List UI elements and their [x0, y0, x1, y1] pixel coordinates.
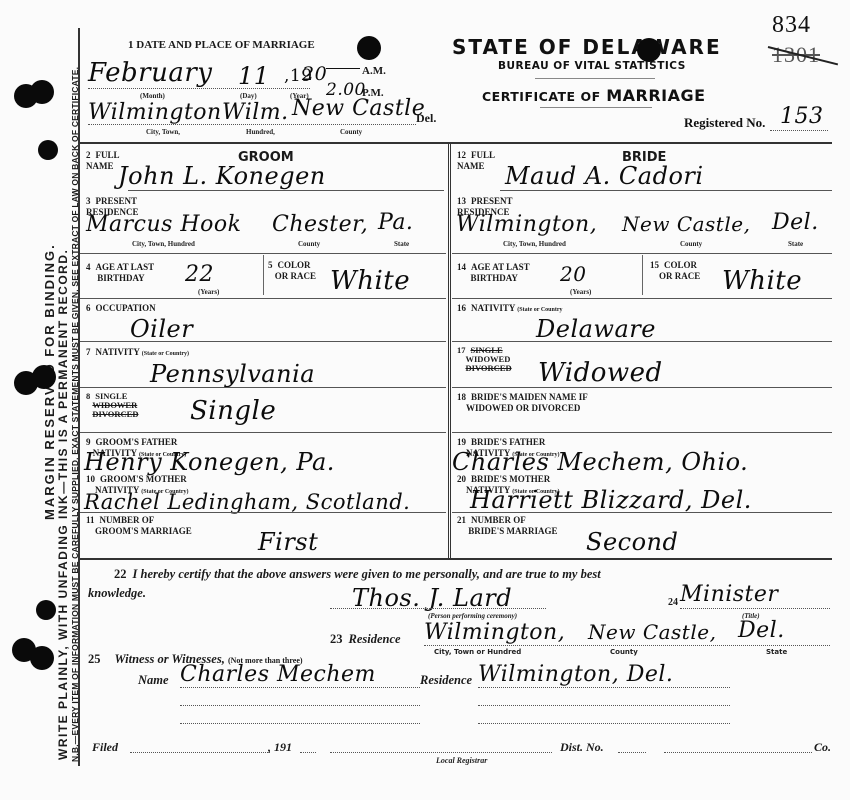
bride-city-caption: City, Town, Hundred — [503, 240, 566, 248]
bride-color[interactable]: White — [722, 266, 802, 296]
city-caption: City, Town, — [146, 128, 180, 136]
witness-residence[interactable]: Wilmington, Del. — [478, 662, 673, 687]
row-rule — [80, 512, 446, 513]
bride-color-label: 15COLOR OR RACE — [650, 260, 700, 282]
bride-full-name[interactable]: Maud A. Cadori — [505, 162, 704, 190]
groom-nativity-label: 7NATIVITY (State or Country) — [86, 347, 189, 360]
groom-residence-state[interactable]: Pa. — [378, 210, 413, 235]
registrar-dotline — [330, 752, 552, 753]
dist-label: Dist. No. — [560, 740, 604, 755]
row-rule — [80, 387, 446, 388]
filed-label: Filed — [92, 740, 118, 755]
groom-marriage-number[interactable]: First — [258, 528, 318, 556]
row-rule — [452, 298, 832, 299]
row-rule — [80, 253, 446, 254]
filed-year-dotline — [300, 752, 316, 753]
place-dotline — [88, 124, 416, 125]
filed-year-prefix: , 191 — [268, 740, 292, 755]
month-caption: (Month) — [140, 92, 165, 100]
witness-residence-dotline — [478, 687, 730, 688]
marriage-city[interactable]: Wilmington — [88, 100, 222, 125]
bride-residence-state[interactable]: Del. — [772, 210, 819, 235]
binding-hole — [30, 646, 54, 670]
groom-mother[interactable]: Rachel Ledingham, Scotland. — [84, 490, 410, 514]
date-dotline — [88, 88, 310, 89]
hundred-caption: Hundred, — [246, 128, 275, 136]
am-line — [326, 68, 360, 69]
bride-marriage-number-label: 21NUMBER OF BRIDE'S MARRIAGE — [457, 515, 558, 537]
registrar-caption: Local Registrar — [436, 756, 487, 765]
groom-nativity[interactable]: Pennsylvania — [150, 360, 315, 388]
bride-residence-city[interactable]: Wilmington, — [456, 212, 597, 237]
state-title: STATE OF DELAWARE — [452, 35, 722, 59]
county-caption: County — [340, 128, 362, 136]
witness-name[interactable]: Charles Mechem — [180, 662, 376, 687]
registered-number[interactable]: 153 — [780, 104, 824, 129]
residence-label: 23Residence — [330, 632, 401, 647]
bride-status[interactable]: Widowed — [538, 358, 663, 388]
bride-marriage-number[interactable]: Second — [586, 528, 678, 556]
groom-occupation[interactable]: Oiler — [130, 315, 193, 343]
row-rule — [452, 387, 832, 388]
officiant-residence-county[interactable]: New Castle, — [588, 620, 716, 644]
groom-color-label: 5COLOR OR RACE — [268, 260, 316, 282]
witness-name-label: Name — [138, 673, 169, 688]
bride-maiden-label: 18BRIDE'S MAIDEN NAME IF WIDOWED OR DIVO… — [457, 392, 588, 414]
officiant-title[interactable]: Minister — [680, 582, 778, 607]
witness-name-dotline — [180, 687, 420, 688]
groom-name-rule — [128, 190, 444, 191]
row-rule — [452, 512, 832, 513]
witness-blank-line — [478, 723, 730, 724]
header-rule — [540, 107, 652, 108]
marriage-day[interactable]: 11 — [238, 62, 270, 90]
bride-residence-county[interactable]: New Castle, — [622, 212, 750, 236]
officiant-caption: (Person performing ceremony) — [428, 612, 517, 620]
witness-residence-label: Residence — [420, 673, 472, 688]
binding-hole — [637, 38, 661, 62]
day-caption: (Day) — [240, 92, 257, 100]
groom-age[interactable]: 22 — [185, 262, 214, 287]
bride-age-label: 14AGE AT LAST BIRTHDAY — [457, 262, 530, 284]
bride-nativity[interactable]: Delaware — [536, 315, 656, 343]
groom-color[interactable]: White — [330, 266, 410, 296]
marriage-month[interactable]: February — [88, 58, 212, 88]
bride-age[interactable]: 20 — [560, 262, 586, 286]
groom-marriage-number-label: 11NUMBER OF GROOM'S MARRIAGE — [86, 515, 192, 537]
groom-father[interactable]: Henry Konegen, Pa. — [84, 448, 335, 476]
officiant-residence-state[interactable]: Del. — [738, 618, 785, 643]
header-bottom-rule — [80, 142, 832, 144]
am-label: A.M. — [362, 66, 386, 77]
groom-city-caption: City, Town, Hundred — [132, 240, 195, 248]
center-divider — [448, 143, 451, 558]
dist-dotline — [618, 752, 646, 753]
groom-county-caption: County — [298, 240, 320, 248]
residence-state-caption: State — [766, 648, 787, 656]
row-rule — [452, 341, 832, 342]
binding-hole — [36, 600, 56, 620]
groom-residence-city[interactable]: Marcus Hook — [86, 212, 241, 237]
residence-county-caption: County — [610, 648, 638, 656]
bureau-title: BUREAU OF VITAL STATISTICS — [498, 60, 686, 72]
co-label: Co. — [814, 740, 831, 755]
filed-dotline — [130, 752, 270, 753]
certificate-title: CERTIFICATE OF MARRIAGE — [482, 86, 706, 105]
county-dotline — [664, 752, 812, 753]
officiant-residence-city[interactable]: Wilmington, — [424, 620, 565, 645]
groom-status-options: 8SINGLE WIDOWER DIVORCED — [86, 392, 139, 419]
row-rule — [80, 432, 446, 433]
groom-age-caption: (Years) — [198, 288, 219, 296]
bride-father[interactable]: Charles Mechem, Ohio. — [452, 448, 748, 476]
row-rule — [452, 432, 832, 433]
witness-blank-line — [180, 723, 420, 724]
binding-hole — [30, 80, 54, 104]
groom-status[interactable]: Single — [190, 396, 276, 426]
bride-county-caption: County — [680, 240, 702, 248]
section-rule — [80, 558, 832, 560]
groom-residence-county[interactable]: Chester, — [272, 212, 368, 237]
groom-full-name[interactable]: John L. Konegen — [118, 162, 326, 190]
witness-blank-line — [180, 705, 420, 706]
form-left-border — [78, 28, 80, 766]
certification-text-2: knowledge. — [88, 586, 146, 601]
row-rule — [80, 341, 446, 342]
registered-dotline — [770, 130, 828, 131]
bride-state-caption: State — [788, 240, 803, 248]
title-num: 24 — [668, 597, 678, 608]
marriage-year[interactable]: 20 — [302, 63, 327, 85]
marriage-hundred[interactable]: Wilm. — [222, 100, 289, 125]
witness-blank-line — [478, 705, 730, 706]
bride-age-caption: (Years) — [570, 288, 591, 296]
registered-label: Registered No. — [684, 115, 765, 131]
residence-city-caption: City, Town or Hundred — [434, 648, 521, 656]
officiant-dotline — [330, 608, 546, 609]
row-rule — [80, 298, 446, 299]
header-rule — [535, 78, 655, 79]
bride-mother[interactable]: Harriett Blizzard, Del. — [470, 486, 752, 514]
groom-age-label: 4AGE AT LAST BIRTHDAY — [86, 262, 154, 284]
binding-hole — [357, 36, 381, 60]
bride-name-rule — [500, 190, 832, 191]
row-rule — [452, 253, 832, 254]
residence-dotline — [424, 645, 830, 646]
bride-status-options: 17SINGLE WIDOWED DIVORCED — [457, 346, 512, 373]
groom-state-caption: State — [394, 240, 409, 248]
age-color-divider — [642, 255, 643, 295]
file-number: 834 — [772, 12, 811, 39]
title-dotline — [680, 608, 830, 609]
groom-occupation-label: 6OCCUPATION — [86, 303, 156, 314]
certificate-title-main: MARRIAGE — [606, 86, 705, 105]
marriage-county[interactable]: New Castle — [292, 96, 425, 121]
marriage-date-place-label: 1 DATE AND PLACE OF MARRIAGE — [128, 40, 315, 51]
binding-hole — [38, 140, 58, 160]
margin-permanent-record-note: WRITE PLAINLY, WITH UNFADING INK—THIS IS… — [56, 249, 70, 760]
bride-name-label: 12FULL NAME — [457, 150, 507, 172]
certification-text: 22I hereby certify that the above answer… — [114, 567, 601, 582]
binding-hole — [32, 365, 56, 389]
age-color-divider — [263, 255, 264, 295]
marriage-state: Del. — [416, 113, 436, 124]
certificate-title-prefix: CERTIFICATE OF — [482, 89, 601, 104]
